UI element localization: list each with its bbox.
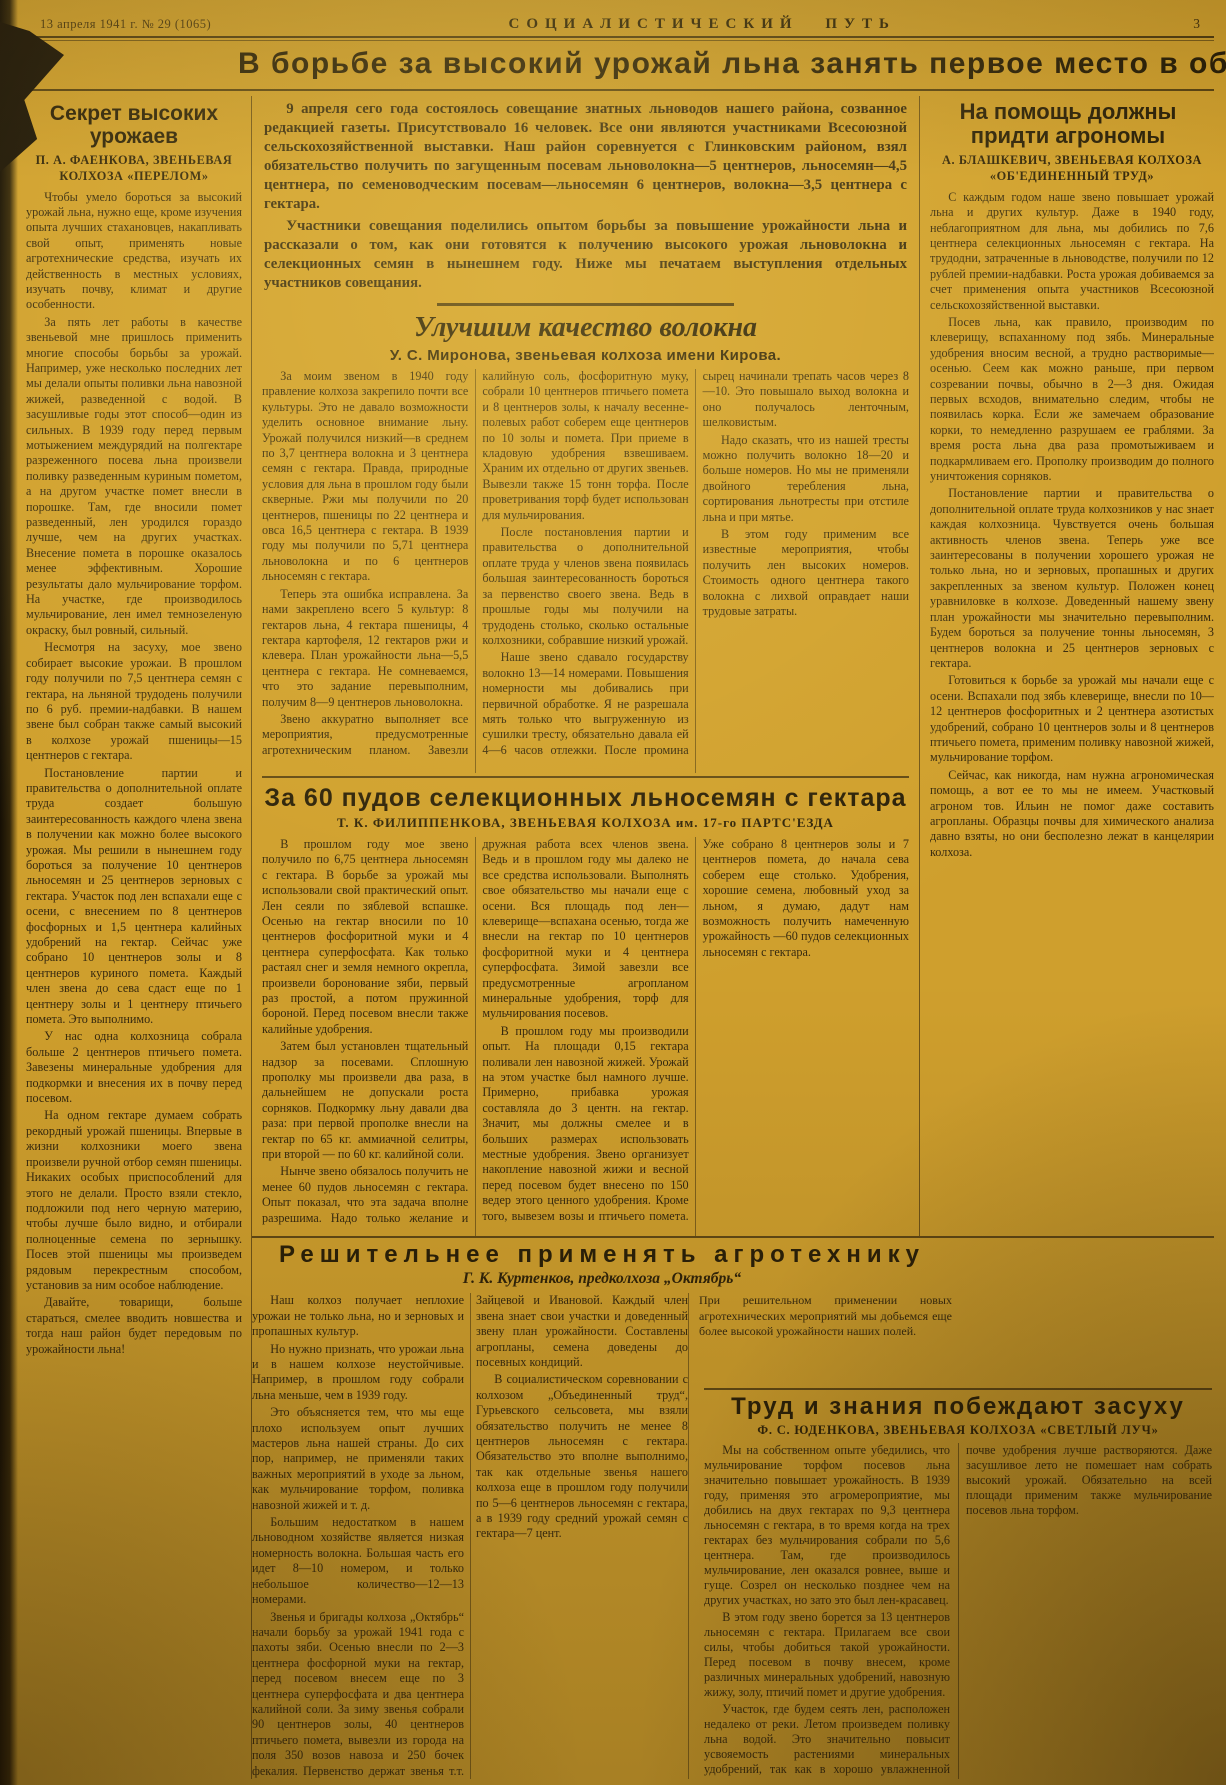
paragraph: Мы на собственном опыте убедились, что м… bbox=[704, 1443, 950, 1608]
article-mironova-title: Улучшим качество волокна bbox=[262, 312, 909, 344]
meeting-intro: 9 апреля сего года состоялось совещание … bbox=[262, 98, 909, 300]
article-blashkevich-title: На помощь должны придти агрономы bbox=[930, 100, 1206, 149]
paragraph: Несмотря на засуху, мое звено собирает в… bbox=[26, 640, 242, 763]
article-blashkevich-body: С каждым годом наше звено повышает урожа… bbox=[930, 190, 1214, 860]
paragraph: За моим звеном в 1940 году правление кол… bbox=[262, 369, 468, 585]
torn-page-edge bbox=[0, 0, 18, 1785]
paragraph: На одном гектаре думаем собрать рекордны… bbox=[26, 1108, 242, 1293]
paragraph: Надо сказать, что из нашей тресты можно … bbox=[703, 433, 909, 525]
article-filippenkova-body: В прошлом году мое звено получило по 6,7… bbox=[262, 837, 909, 1236]
article-blashkevich: На помощь должны придти агрономы А. БЛАШ… bbox=[919, 96, 1214, 1236]
paragraph: С каждым годом наше звено повышает урожа… bbox=[930, 190, 1214, 313]
article-faenkova-title: Секрет высоких урожаев bbox=[26, 102, 242, 149]
paragraph: В прошлом году мое звено получило по 6,7… bbox=[262, 837, 468, 1037]
divider bbox=[437, 303, 735, 306]
paragraph: Но нужно признать, что урожаи льна и в н… bbox=[252, 1342, 464, 1404]
paragraph: Большим недостатком в нашем льноводном х… bbox=[252, 1515, 464, 1607]
article-kurtenkov-columns: Наш колхоз получает неплохие урожаи не т… bbox=[252, 1293, 688, 1779]
article-faenkova-byline: П. А. ФАЕНКОВА, ЗВЕНЬЕВАЯ КОЛХОЗА «ПЕРЕЛ… bbox=[32, 153, 236, 185]
top-section: 9 апреля сего года состоялось совещание … bbox=[252, 96, 1214, 1236]
newspaper-title: СОЦИАЛИСТИЧЕСКИЙ ПУТЬ bbox=[509, 16, 896, 33]
article-kurtenkov-byline: Г. К. Куртенков, предколхоза „Октябрь“ bbox=[252, 1270, 952, 1288]
paragraph: Давайте, товарищи, больше стараться, сме… bbox=[26, 1295, 242, 1357]
masthead-rule bbox=[26, 36, 1214, 41]
paragraph: Сейчас, как никогда, нам нужна агрономич… bbox=[930, 768, 1214, 860]
paragraph: Участники совещания поделились опытом бо… bbox=[264, 217, 907, 293]
article-filippenkova-title: За 60 пудов селекционных льносемян с гек… bbox=[262, 784, 909, 812]
paragraph: Постановление партии и правительства о д… bbox=[930, 486, 1214, 671]
paragraph: При решительном применении новых агротех… bbox=[699, 1293, 952, 1339]
main-area: 9 апреля сего года состоялось совещание … bbox=[252, 96, 1214, 1780]
article-yudenkova-title: Труд и знания побеждают засуху bbox=[704, 1394, 1212, 1421]
page-content: 13 апреля 1941 г. № 29 (1065) СОЦИАЛИСТИ… bbox=[26, 16, 1214, 1779]
divider bbox=[262, 776, 909, 778]
article-yudenkova-body: Мы на собственном опыте убедились, что м… bbox=[704, 1443, 1212, 1779]
center-column: 9 апреля сего года состоялось совещание … bbox=[252, 96, 919, 1236]
paragraph: Постановление партии и правительства о д… bbox=[26, 766, 242, 1028]
article-yudenkova: Труд и знания побеждают засуху Ф. С. ЮДЕ… bbox=[704, 1388, 1212, 1780]
paragraph: Посев льна, как правило, производим по к… bbox=[930, 315, 1214, 484]
banner-rule bbox=[26, 89, 1214, 91]
article-faenkova: Секрет высоких урожаев П. А. ФАЕНКОВА, З… bbox=[26, 96, 252, 1780]
article-blashkevich-byline: А. БЛАШКЕВИЧ, ЗВЕНЬЕВАЯ КОЛХОЗА «ОБ'ЕДИН… bbox=[936, 153, 1208, 185]
newspaper-page: 13 апреля 1941 г. № 29 (1065) СОЦИАЛИСТИ… bbox=[0, 0, 1226, 1785]
article-filippenkova: За 60 пудов селекционных льносемян с гек… bbox=[262, 783, 909, 1236]
page-body: Секрет высоких урожаев П. А. ФАЕНКОВА, З… bbox=[26, 96, 1214, 1780]
paragraph: После постановления партии и правительст… bbox=[482, 525, 688, 648]
paragraph: Чтобы умело бороться за высокий урожай л… bbox=[26, 190, 242, 313]
article-faenkova-body: Чтобы умело бороться за высокий урожай л… bbox=[26, 190, 242, 1357]
issue-date: 13 апреля 1941 г. № 29 (1065) bbox=[40, 17, 211, 32]
article-yudenkova-byline: Ф. С. ЮДЕНКОВА, ЗВЕНЬЕВАЯ КОЛХОЗА «СВЕТЛ… bbox=[704, 1422, 1212, 1438]
article-mironova-byline: У. С. Миронова, звеньевая колхоза имени … bbox=[262, 346, 909, 366]
paragraph: Это объясняется тем, что мы еще плохо ис… bbox=[252, 1405, 464, 1513]
page-number: 3 bbox=[1193, 16, 1208, 32]
article-mironova: Улучшим качество волокна У. С. Миронова,… bbox=[262, 312, 909, 774]
paragraph: Наш колхоз получает неплохие урожаи не т… bbox=[252, 1293, 464, 1339]
article-filippenkova-byline: Т. К. ФИЛИППЕНКОВА, ЗВЕНЬЕВАЯ КОЛХОЗА им… bbox=[262, 815, 909, 832]
article-kurtenkov-title: Решительнее применять агротехнику bbox=[252, 1242, 952, 1269]
masthead: 13 апреля 1941 г. № 29 (1065) СОЦИАЛИСТИ… bbox=[26, 16, 1214, 35]
banner-headline: В борьбе за высокий урожай льна занять п… bbox=[238, 45, 1214, 83]
paragraph: Затем был установлен тщательный надзор з… bbox=[262, 1039, 468, 1162]
paragraph: У нас одна колхозница собрала больше 2 ц… bbox=[26, 1029, 242, 1106]
article-mironova-body: За моим звеном в 1940 году правление кол… bbox=[262, 369, 909, 773]
paragraph: В этом году применим все известные мероп… bbox=[703, 527, 909, 619]
paragraph: 9 апреля сего года состоялось совещание … bbox=[264, 100, 907, 214]
paragraph: В социалистическом соревновании с колхоз… bbox=[476, 1372, 688, 1541]
bottom-section: Решительнее применять агротехнику Г. К. … bbox=[252, 1236, 1214, 1780]
paragraph: Готовиться к борьбе за урожай мы начали … bbox=[930, 673, 1214, 765]
paragraph: Теперь эта ошибка исправлена. За нами за… bbox=[262, 587, 468, 710]
paragraph: За пять лет работы в качестве звеньевой … bbox=[26, 315, 242, 639]
paragraph: В этом году звено борется за 13 центнеро… bbox=[704, 1610, 950, 1700]
